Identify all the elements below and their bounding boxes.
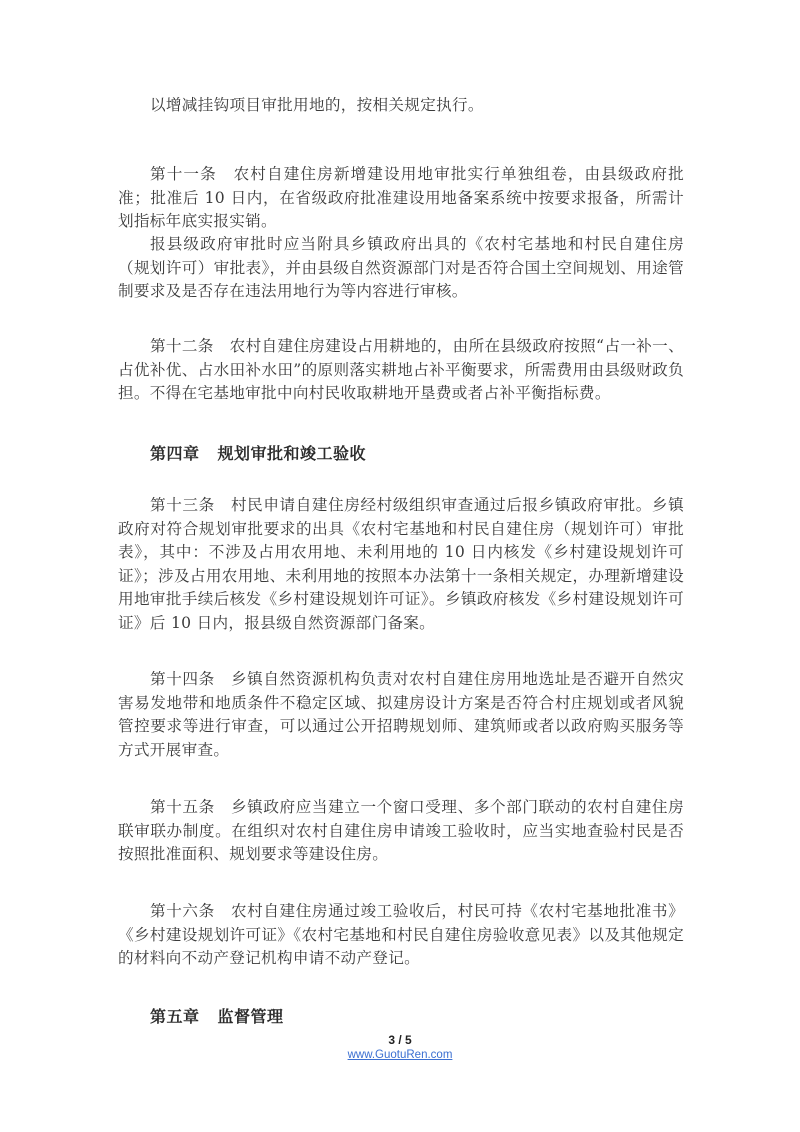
document-page: 以增减挂钩项目审批用地的，按相关规定执行。 第十一条 农村自建住房新增建设用地审… <box>0 0 800 1132</box>
article-13: 第十三条 村民申请自建住房经村级组织审查通过后报乡镇政府审批。乡镇政府对符合规划… <box>118 494 684 635</box>
site-link-text[interactable]: www.GuotuRen.com <box>348 1049 453 1061</box>
chapter-4-heading: 第四章规划审批和竣工验收 <box>150 441 366 464</box>
page-indicator: 3 / 5 <box>0 1033 800 1047</box>
article-15: 第十五条 乡镇政府应当建立一个窗口受理、多个部门联动的农村自建住房联审联办制度。… <box>118 796 684 867</box>
article-11-review: 报县级政府审批时应当附具乡镇政府出具的《农村宅基地和村民自建住房（规划许可）审批… <box>118 233 684 304</box>
chapter-5-title: 监督管理 <box>218 1007 284 1026</box>
chapter-5-heading: 第五章监督管理 <box>150 1004 284 1027</box>
article-14: 第十四条 乡镇自然资源机构负责对农村自建住房用地选址是否避开自然灾害易发地带和地… <box>118 668 684 762</box>
chapter-5-number: 第五章 <box>150 1007 200 1026</box>
site-link[interactable]: www.GuotuRen.com <box>0 1049 800 1061</box>
chapter-4-title: 规划审批和竣工验收 <box>218 444 367 463</box>
chapter-4-number: 第四章 <box>150 444 200 463</box>
article-16: 第十六条 农村自建住房通过竣工验收后，村民可持《农村宅基地批准书》《乡村建设规划… <box>118 900 684 971</box>
article-12: 第十二条 农村自建住房建设占用耕地的，由所在县级政府按照“占一补一、占优补优、占… <box>118 335 684 406</box>
article-11: 第十一条 农村自建住房新增建设用地审批实行单独组卷，由县级政府批准；批准后 10… <box>118 163 684 234</box>
paragraph-continuation: 以增减挂钩项目审批用地的，按相关规定执行。 <box>118 94 684 118</box>
